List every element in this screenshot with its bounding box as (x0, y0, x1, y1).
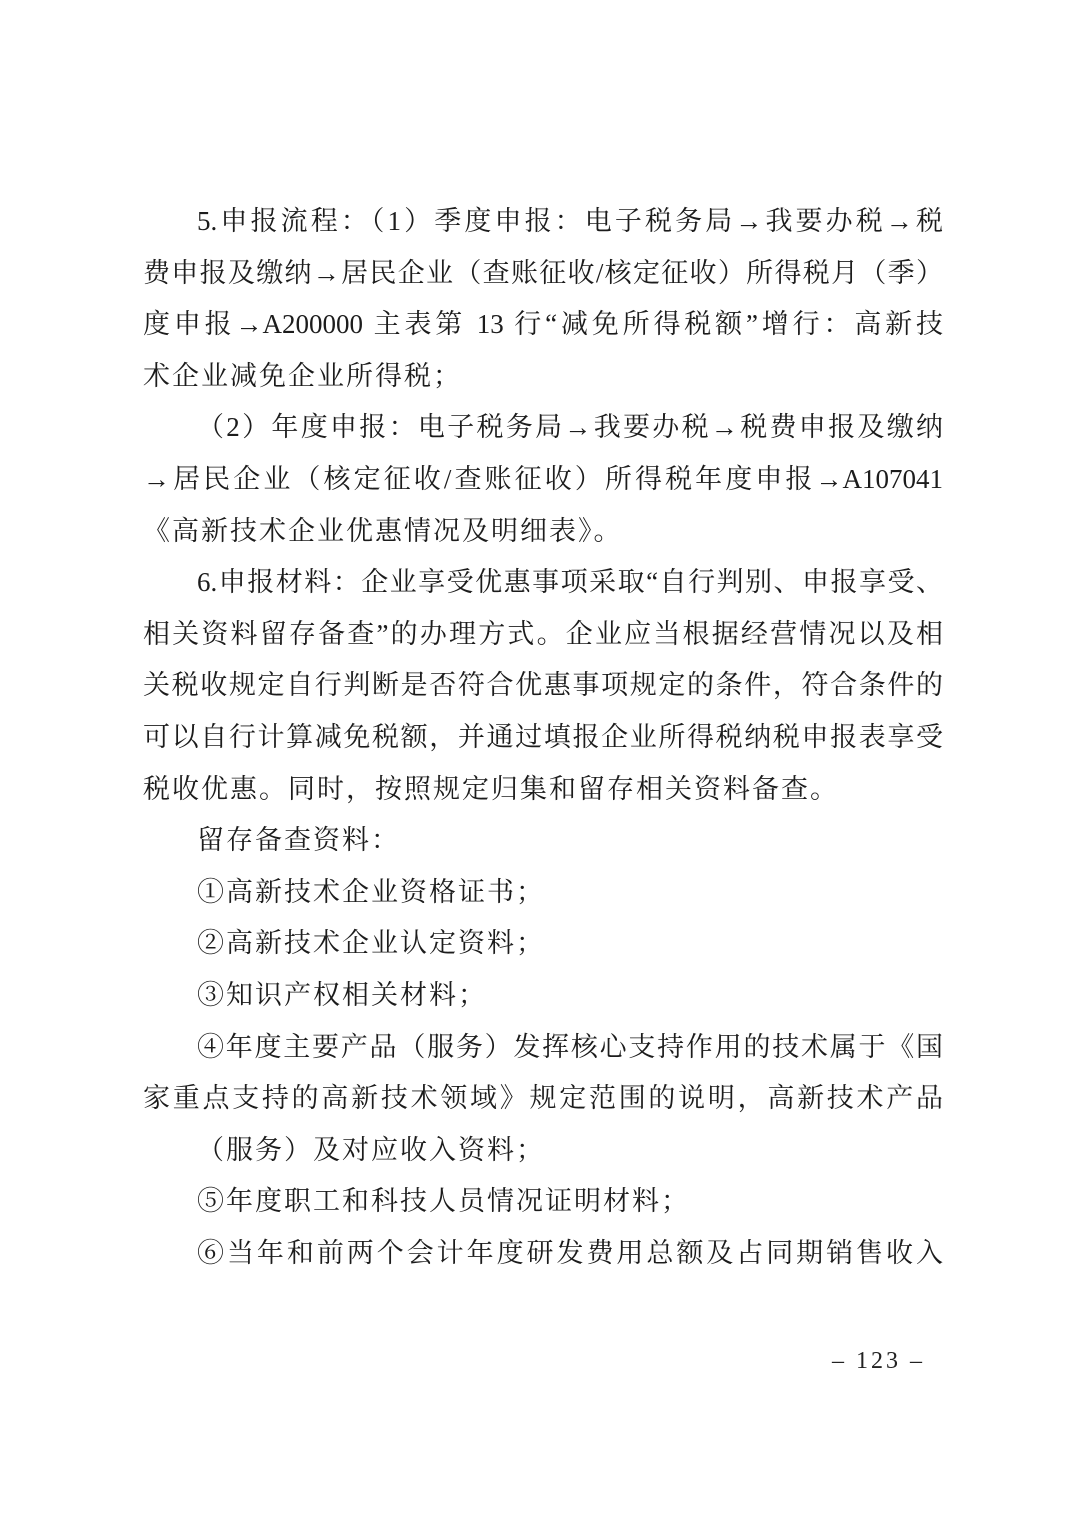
document-body: 5.申报流程：（1）季度申报：电子税务局→我要办税→税 费申报及缴纳→居民企业（… (143, 196, 943, 1279)
text-line: 术企业减免企业所得税； (143, 351, 943, 403)
text-line: 家重点支持的高新技术领域》规定范围的说明，高新技术产品 (143, 1073, 943, 1125)
text-line: 税收优惠。同时，按照规定归集和留存相关资料备查。 (143, 764, 943, 816)
text-line: ④年度主要产品（服务）发挥核心支持作用的技术属于《国 (143, 1022, 943, 1074)
page-number: – 123 – (832, 1346, 925, 1376)
text-line: 关税收规定自行判断是否符合优惠事项规定的条件，符合条件的 (143, 660, 943, 712)
text-line: ①高新技术企业资格证书； (143, 867, 943, 919)
text-line: 度申报→A200000 主表第 13 行“减免所得税额”增行：高新技 (143, 299, 943, 351)
text-line: 留存备查资料： (143, 815, 943, 867)
text-line: 费申报及缴纳→居民企业（查账征收/核定征收）所得税月（季） (143, 248, 943, 300)
text-line: 6.申报材料：企业享受优惠事项采取“自行判别、申报享受、 (143, 557, 943, 609)
text-line: （2）年度申报：电子税务局→我要办税→税费申报及缴纳 (143, 402, 943, 454)
text-line: 相关资料留存备查”的办理方式。企业应当根据经营情况以及相 (143, 609, 943, 661)
text-line: ⑤年度职工和科技人员情况证明材料； (143, 1176, 943, 1228)
document-page: 5.申报流程：（1）季度申报：电子税务局→我要办税→税 费申报及缴纳→居民企业（… (0, 0, 1074, 1520)
text-line: 可以自行计算减免税额，并通过填报企业所得税纳税申报表享受 (143, 712, 943, 764)
text-line: 5.申报流程：（1）季度申报：电子税务局→我要办税→税 (143, 196, 943, 248)
text-line: →居民企业（核定征收/查账征收）所得税年度申报→A107041 (143, 454, 943, 506)
text-line: ②高新技术企业认定资料； (143, 918, 943, 970)
text-line: 《高新技术企业优惠情况及明细表》。 (143, 506, 943, 558)
text-line: （服务）及对应收入资料； (143, 1125, 943, 1177)
text-line: ⑥当年和前两个会计年度研发费用总额及占同期销售收入 (143, 1228, 943, 1280)
text-line: ③知识产权相关材料； (143, 970, 943, 1022)
